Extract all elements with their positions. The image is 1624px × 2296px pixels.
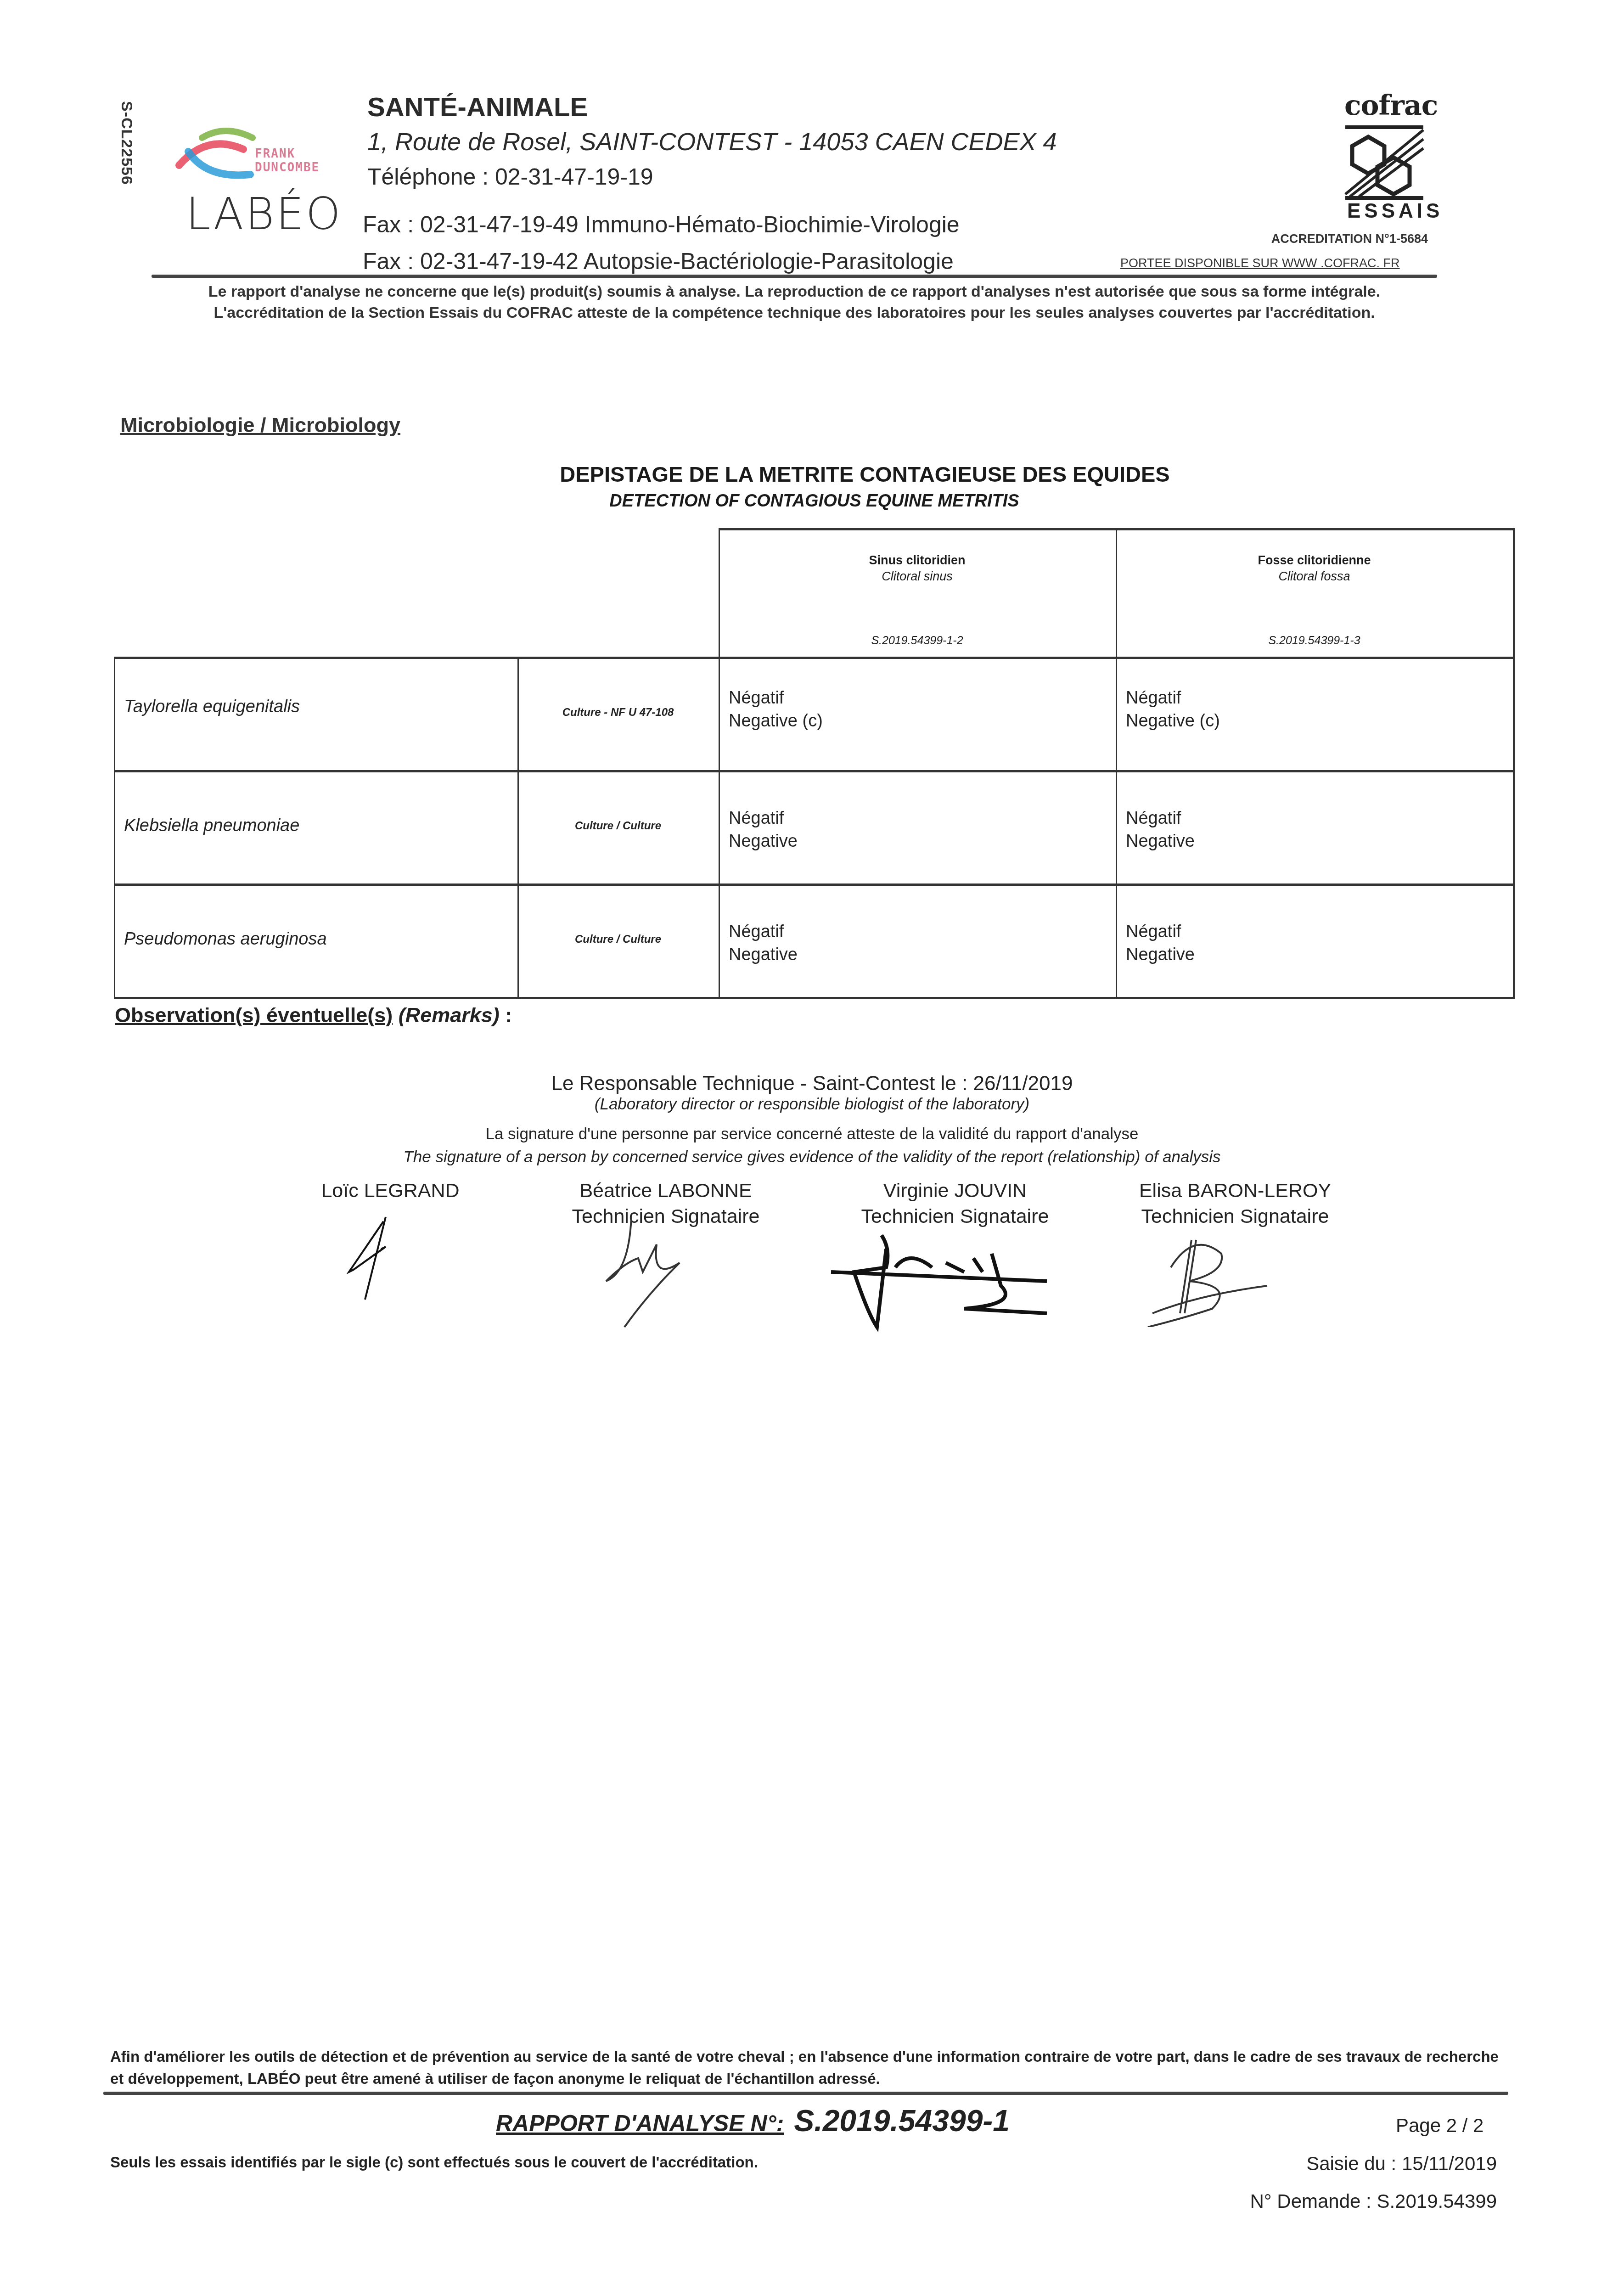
column-label-fr: Sinus clitoridien <box>719 553 1116 568</box>
section-label: Microbiologie / Microbiology <box>120 413 400 437</box>
signature-legrand-icon <box>340 1212 432 1304</box>
result-fr: Négatif <box>729 807 798 830</box>
signer-name: Elisa BARON-LEROY <box>1116 1178 1354 1204</box>
sample-id: S.2019.54399-1-3 <box>1116 634 1513 647</box>
signature-note-fr: La signature d'une personne par service … <box>0 1125 1624 1143</box>
organism-name: Pseudomonas aeruginosa <box>124 929 327 949</box>
table-column-border <box>1116 657 1117 997</box>
table-column-border <box>1513 657 1515 997</box>
lab-telephone: Téléphone : 02-31-47-19-19 <box>367 163 653 190</box>
lab-department: SANTÉ-ANIMALE <box>367 92 588 123</box>
test-subtitle: DETECTION OF CONTAGIOUS EQUINE METRITIS <box>0 491 1624 511</box>
organism-name: Taylorella equigenitalis <box>124 697 300 717</box>
labeo-logo: FRANK DUNCOMBE LABÉO <box>170 124 363 234</box>
result-fr: Négatif <box>1126 807 1195 830</box>
column-header: Sinus clitoridienClitoral sinusS.2019.54… <box>719 553 1116 647</box>
document-code: S-CL22556 <box>110 101 138 193</box>
table-column-border <box>719 657 720 997</box>
request-number: N° Demande : S.2019.54399 <box>1203 2190 1497 2212</box>
result-fr: Négatif <box>1126 920 1195 943</box>
test-method: Culture - NF U 47-108 <box>517 706 719 719</box>
lab-fax-1: Fax : 02-31-47-19-49 Immuno-Hémato-Bioch… <box>363 211 960 238</box>
result-en: Negative <box>1126 943 1195 966</box>
result-en: Negative (c) <box>1126 709 1220 732</box>
disclaimer: Le rapport d'analyse ne concerne que le(… <box>152 281 1437 323</box>
lab-fax-2: Fax : 02-31-47-19-42 Autopsie-Bactériolo… <box>363 248 954 275</box>
signature-labonne-icon <box>597 1217 735 1336</box>
signature-note-en: The signature of a person by concerned s… <box>0 1148 1624 1166</box>
remarks-label-fr: Observation(s) éventuelle(s) <box>115 1003 393 1027</box>
signer-role: Technicien Signataire <box>1116 1204 1354 1229</box>
table-header-right-border <box>1513 528 1515 657</box>
remarks-label: Observation(s) éventuelle(s) (Remarks) : <box>115 1003 512 1027</box>
accreditation-number: ACCREDITATION N°1-5684 <box>1194 232 1428 246</box>
report-label: RAPPORT D'ANALYSE N°: <box>496 2110 784 2136</box>
remarks-colon: : <box>500 1003 512 1027</box>
column-header: Fosse clitoridienneClitoral fossaS.2019.… <box>1116 553 1513 647</box>
table-row-border <box>114 657 1515 659</box>
table-row-border <box>114 770 1515 772</box>
test-title: DEPISTAGE DE LA METRITE CONTAGIEUSE DES … <box>0 461 1624 487</box>
responsible-line: Le Responsable Technique - Saint-Contest… <box>0 1072 1624 1095</box>
signer-name: Loïc LEGRAND <box>298 1178 482 1204</box>
signer-name: Virginie JOUVIN <box>836 1178 1074 1204</box>
disclaimer-line-2: L'accréditation de la Section Essais du … <box>152 302 1437 323</box>
signature-jouvin-icon <box>826 1221 1074 1332</box>
table-column-border <box>114 657 115 997</box>
test-method: Culture / Culture <box>517 933 719 946</box>
signer-name: Béatrice LABONNE <box>551 1178 781 1204</box>
frank-text: FRANK <box>255 147 320 161</box>
document-code-text: S-CL22556 <box>118 101 135 185</box>
result-en: Negative (c) <box>729 709 823 732</box>
report-number: S.2019.54399-1 <box>794 2104 1010 2138</box>
entry-date: Saisie du : 15/11/2019 <box>1281 2153 1497 2175</box>
result-cell: NégatifNegative <box>729 920 798 966</box>
result-en: Negative <box>729 830 798 853</box>
labeo-swoosh-icon <box>170 124 262 188</box>
labeo-wordmark: LABÉO <box>186 188 342 240</box>
accreditation-footnote: Seuls les essais identifiés par le sigle… <box>110 2154 758 2171</box>
disclaimer-line-1: Le rapport d'analyse ne concerne que le(… <box>152 281 1437 302</box>
cofrac-scope-link[interactable]: PORTEE DISPONIBLE SUR WWW .COFRAC. FR <box>1120 256 1400 270</box>
result-cell: NégatifNegative <box>1126 920 1195 966</box>
organism-name: Klebsiella pneumoniae <box>124 816 299 836</box>
test-method: Culture / Culture <box>517 820 719 833</box>
signature-baron-leroy-icon <box>1134 1235 1281 1327</box>
header-divider <box>152 275 1437 278</box>
duncombe-text: DUNCOMBE <box>255 161 320 174</box>
responsible-line-en: (Laboratory director or responsible biol… <box>0 1095 1624 1114</box>
result-en: Negative <box>729 943 798 966</box>
result-fr: Négatif <box>1126 687 1220 709</box>
result-cell: NégatifNegative <box>1126 807 1195 853</box>
column-label-en: Clitoral sinus <box>719 569 1116 584</box>
signer-1: Loïc LEGRAND <box>298 1178 482 1204</box>
footer-note: Afin d'améliorer les outils de détection… <box>110 2046 1515 2090</box>
result-cell: NégatifNegative <box>729 807 798 853</box>
result-fr: Négatif <box>729 920 798 943</box>
cofrac-hexagon-icon <box>1341 125 1433 203</box>
page-number: Page 2 / 2 <box>1396 2115 1484 2137</box>
report-number-line: RAPPORT D'ANALYSE N°:S.2019.54399-1 <box>496 2103 1010 2138</box>
cofrac-wordmark: cofrac <box>1344 90 1438 122</box>
footer-divider <box>103 2092 1508 2095</box>
signer-4: Elisa BARON-LEROY Technicien Signataire <box>1116 1178 1354 1229</box>
sample-id: S.2019.54399-1-2 <box>719 634 1116 647</box>
table-row-border <box>114 884 1515 886</box>
column-label-en: Clitoral fossa <box>1116 569 1513 584</box>
cofrac-logo: cofrac ESSAIS <box>1341 90 1433 227</box>
table-row-border <box>114 997 1515 999</box>
remarks-label-en: (Remarks) <box>399 1003 500 1027</box>
result-en: Negative <box>1126 830 1195 853</box>
column-label-fr: Fosse clitoridienne <box>1116 553 1513 568</box>
frank-duncombe-label: FRANK DUNCOMBE <box>255 147 320 174</box>
result-fr: Négatif <box>729 687 823 709</box>
result-cell: NégatifNegative (c) <box>729 687 823 732</box>
result-cell: NégatifNegative (c) <box>1126 687 1220 732</box>
cofrac-essais-text: ESSAIS <box>1347 200 1443 223</box>
lab-address: 1, Route de Rosel, SAINT-CONTEST - 14053… <box>367 128 1057 156</box>
